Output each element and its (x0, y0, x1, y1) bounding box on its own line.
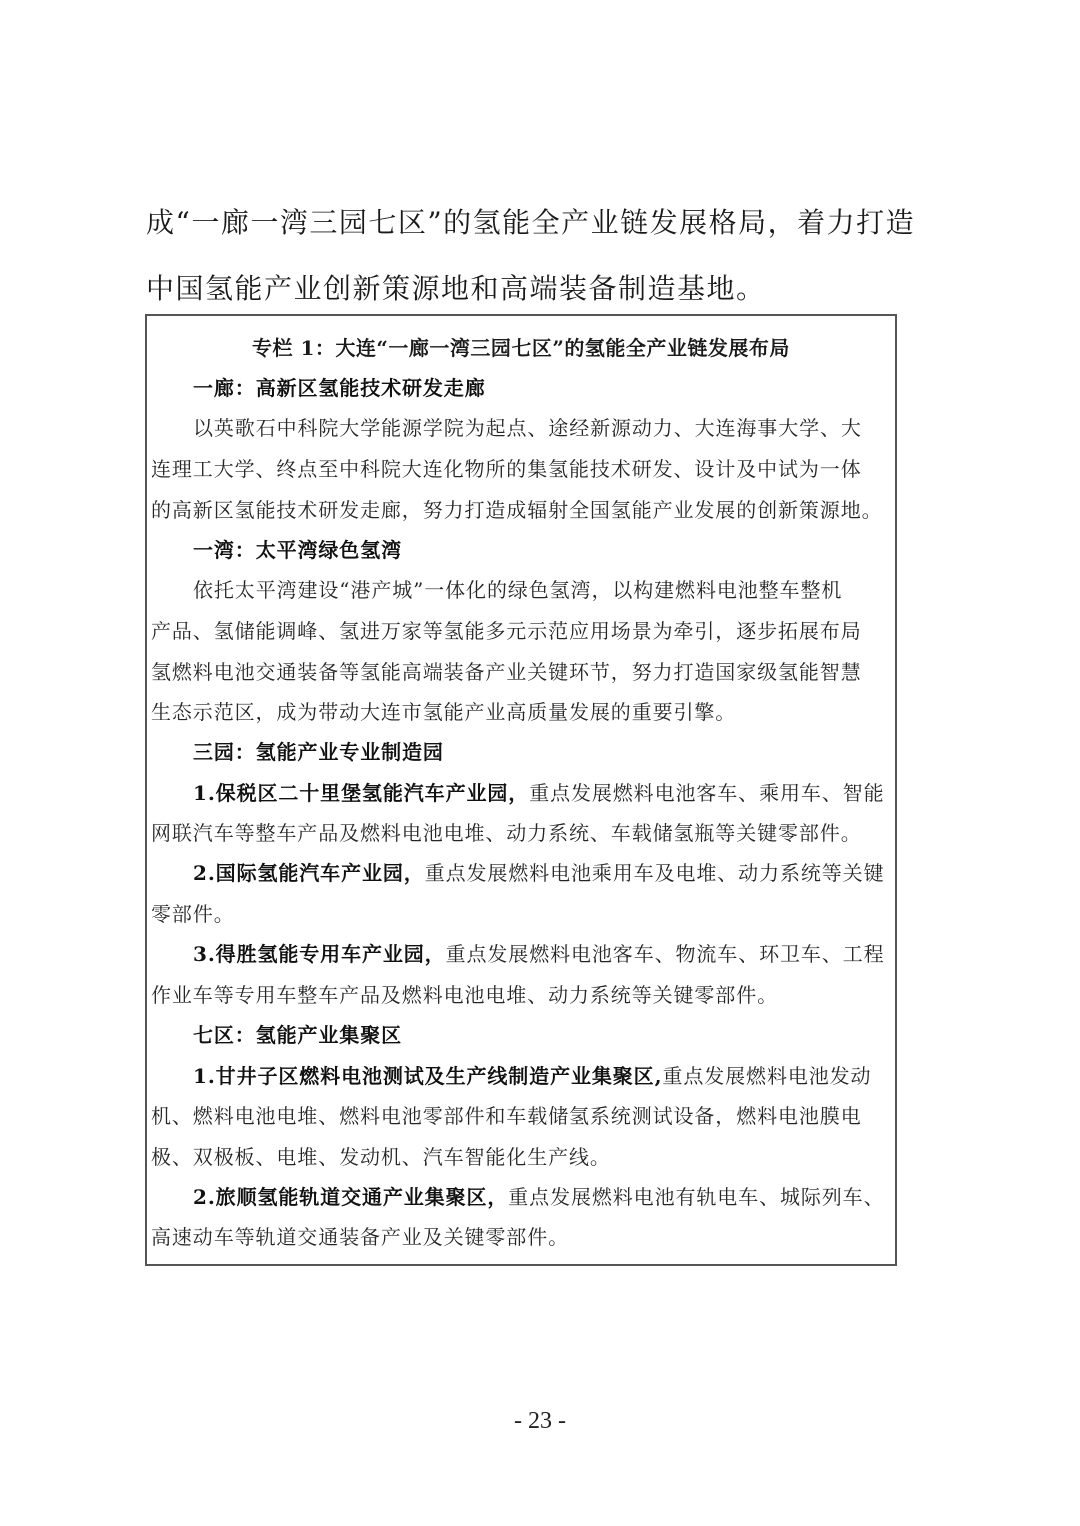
section-heading: 七区：氢能产业集聚区 (193, 1019, 895, 1048)
intro-paragraph: 成“一廊一湾三园七区”的氢能全产业链发展格局，着力打造 中国氢能产业创新策源地和… (146, 190, 946, 322)
item-text: 重点发展燃料电池乘用车及电堆、动力系统等关键 (425, 861, 885, 885)
list-item: 2.旅顺氢能轨道交通产业集聚区，重点发展燃料电池有轨电车、城际列车、 (193, 1181, 895, 1210)
section-heading: 三园：氢能产业专业制造园 (193, 736, 895, 765)
body-line: 的高新区氢能技术研发走廊，努力打造成辐射全国氢能产业发展的创新策源地。 (151, 494, 895, 523)
item-text: 重点发展燃料电池客车、乘用车、智能 (529, 781, 884, 805)
body-line: 生态示范区，成为带动大连市氢能产业高质量发展的重要引擎。 (151, 696, 895, 725)
item-title: 1.保税区二十里堡氢能汽车产业园， (193, 781, 529, 805)
item-text: 重点发展燃料电池有轨电车、城际列车、 (508, 1185, 884, 1209)
list-item: 3.得胜氢能专用车产业园，重点发展燃料电池客车、物流车、环卫车、工程 (193, 938, 895, 967)
intro-line: 成“一廊一湾三园七区”的氢能全产业链发展格局，着力打造 (146, 190, 946, 256)
list-item: 1.保税区二十里堡氢能汽车产业园，重点发展燃料电池客车、乘用车、智能 (193, 777, 895, 806)
body-line: 连理工大学、终点至中科院大连化物所的集氢能技术研发、设计及中试为一体 (151, 453, 895, 482)
list-item: 2.国际氢能汽车产业园，重点发展燃料电池乘用车及电堆、动力系统等关键 (193, 857, 895, 886)
body-line: 产品、氢储能调峰、氢进万家等氢能多元示范应用场景为牵引，逐步拓展布局 (151, 615, 895, 644)
body-line: 作业车等专用车整车产品及燃料电池电堆、动力系统等关键零部件。 (151, 979, 895, 1008)
item-text: 重点发展燃料电池发动 (662, 1064, 871, 1088)
body-line: 零部件。 (151, 898, 895, 927)
section-heading: 一廊：高新区氢能技术研发走廊 (193, 372, 895, 401)
item-text: 重点发展燃料电池客车、物流车、环卫车、工程 (446, 942, 885, 966)
item-title: 2.国际氢能汽车产业园， (193, 861, 425, 885)
body-line: 依托太平湾建设“港产城”一体化的绿色氢湾，以构建燃料电池整车整机 (193, 574, 895, 603)
item-title: 3.得胜氢能专用车产业园， (193, 942, 446, 966)
sidebar-box: 专栏 1：大连“一廊一湾三园七区”的氢能全产业链发展布局 一廊：高新区氢能技术研… (145, 314, 897, 1266)
item-title: 2.旅顺氢能轨道交通产业集聚区， (193, 1185, 508, 1209)
page-number: - 23 - (0, 1408, 1080, 1435)
list-item: 1.甘井子区燃料电池测试及生产线制造产业集聚区,重点发展燃料电池发动 (193, 1060, 895, 1089)
item-title: 1.甘井子区燃料电池测试及生产线制造产业集聚区, (193, 1064, 662, 1088)
body-line: 高速动车等轨道交通装备产业及关键零部件。 (151, 1221, 895, 1250)
intro-line: 中国氢能产业创新策源地和高端装备制造基地。 (146, 256, 946, 322)
body-line: 网联汽车等整车产品及燃料电池电堆、动力系统、车载储氢瓶等关键零部件。 (151, 817, 895, 846)
body-line: 氢燃料电池交通装备等氢能高端装备产业关键环节，努力打造国家级氢能智慧 (151, 656, 895, 685)
section-heading: 一湾：太平湾绿色氢湾 (193, 534, 895, 563)
body-line: 以英歌石中科院大学能源学院为起点、途经新源动力、大连海事大学、大 (193, 412, 895, 441)
body-line: 极、双极板、电堆、发动机、汽车智能化生产线。 (151, 1141, 895, 1170)
body-line: 机、燃料电池电堆、燃料电池零部件和车载储氢系统测试设备，燃料电池膜电 (151, 1100, 895, 1129)
box-title: 专栏 1：大连“一廊一湾三园七区”的氢能全产业链发展布局 (147, 332, 895, 361)
